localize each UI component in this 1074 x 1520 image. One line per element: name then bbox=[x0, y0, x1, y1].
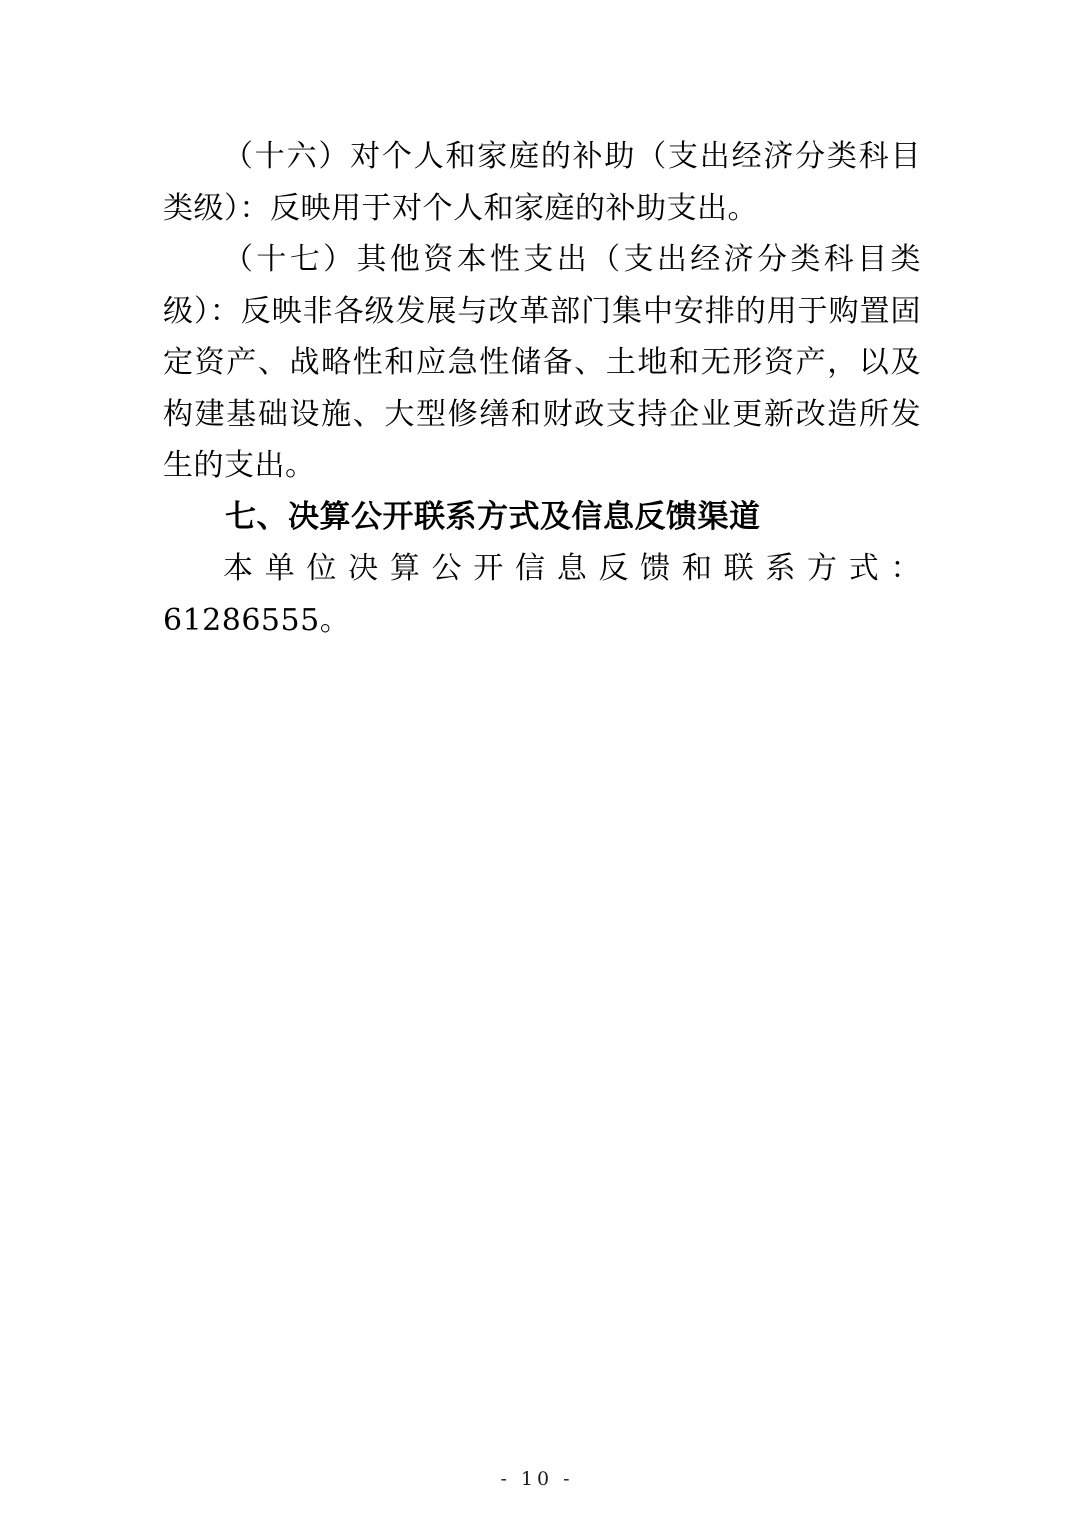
page-footer: - 10 - bbox=[0, 1468, 1074, 1490]
paragraph-section-17-other-capital-expenditure: （十七）其他资本性支出（支出经济分类科目类级）：反映非各级发展与改革部门集中安排… bbox=[163, 234, 921, 492]
section-heading-contact-feedback: 七、决算公开联系方式及信息反馈渠道 bbox=[163, 492, 921, 544]
paragraph-section-16-subsidies: （十六）对个人和家庭的补助（支出经济分类科目类级）：反映用于对个人和家庭的补助支… bbox=[163, 131, 921, 234]
paragraph-contact-info: 本单位决算公开信息反馈和联系方式：61286555。 bbox=[163, 543, 921, 646]
document-page: （十六）对个人和家庭的补助（支出经济分类科目类级）：反映用于对个人和家庭的补助支… bbox=[0, 0, 1074, 1520]
page-number: - 10 - bbox=[500, 1468, 573, 1490]
document-body: （十六）对个人和家庭的补助（支出经济分类科目类级）：反映用于对个人和家庭的补助支… bbox=[163, 131, 921, 646]
